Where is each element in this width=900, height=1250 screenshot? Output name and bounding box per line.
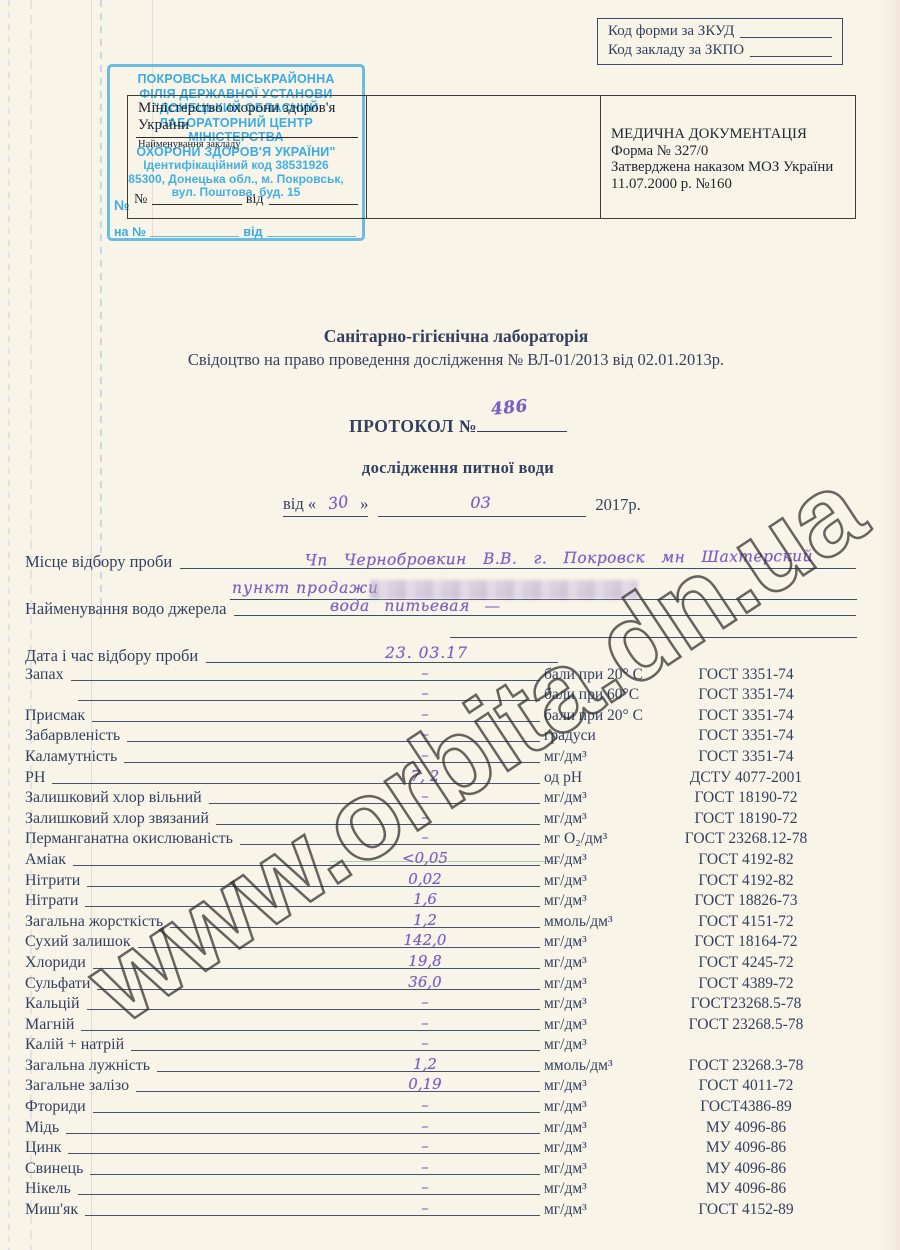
- meddoc-form: Форма № 327/0: [611, 143, 851, 160]
- parameter-row: Перманганатна окислюваність – мг О₂/дм³ …: [25, 828, 856, 849]
- parameter-value-handwritten: –: [325, 828, 525, 846]
- parameter-row: Нітрати 1,6 мг/дм³ ГОСТ 18826-73: [25, 890, 856, 911]
- parameters-table: Запах – бали при 20° С ГОСТ 3351-74 – ба…: [25, 663, 856, 1219]
- parameter-row: Каламутність – мг/дм³ ГОСТ 3351-74: [25, 745, 856, 766]
- parameter-label: Забарвленість: [25, 726, 120, 745]
- protocol-title: ПРОТОКОЛ №486: [0, 414, 900, 437]
- parameter-row: Кальцій – мг/дм³ ГОСТ23268.5-78: [25, 993, 856, 1014]
- date-month-handwritten: 03: [470, 493, 490, 512]
- codes-box: Код форми за ЗКУД Код закладу за ЗКПО: [597, 18, 843, 65]
- water-source-handwritten: вода питьевая —: [330, 597, 501, 615]
- header-box: Міністерство охорони здоров'я України На…: [127, 95, 856, 219]
- parameter-label: PH: [25, 768, 45, 787]
- parameter-value-handwritten: –: [325, 725, 525, 743]
- parameter-label: Сухий залишок: [25, 932, 131, 951]
- stamp-na-no-row: на № від: [114, 225, 360, 239]
- meddoc-title: МЕДИЧНА ДОКУМЕНТАЦІЯ: [611, 126, 851, 143]
- parameter-unit: мг/дм³: [542, 809, 660, 828]
- blank-line: [269, 204, 359, 205]
- blank-line: [150, 236, 240, 237]
- certificate-line: Свідоцтво на право проведення дослідженн…: [0, 350, 900, 370]
- parameter-standard: ГОСТ 4011-72: [660, 1076, 856, 1095]
- parameter-label: Нітрати: [25, 891, 78, 910]
- parameter-label: Залишковий хлор звязаний: [25, 809, 209, 828]
- date-year: 2017р.: [595, 495, 640, 517]
- protocol-label: ПРОТОКОЛ №: [349, 416, 477, 436]
- parameter-standard: МУ 4096-86: [660, 1118, 856, 1137]
- parameter-unit: мг/дм³: [542, 1118, 660, 1137]
- medical-documentation-block: МЕДИЧНА ДОКУМЕНТАЦІЯ Форма № 327/0 Затве…: [611, 126, 851, 192]
- parameter-value-handwritten: 0,19: [325, 1075, 525, 1093]
- parameter-value-handwritten: –: [325, 705, 525, 723]
- parameter-label: Перманганатна окислюваність: [25, 829, 233, 848]
- parameter-standard: ГОСТ 23268.3-78: [660, 1056, 856, 1075]
- parameter-label: Запах: [25, 665, 64, 684]
- protocol-number-handwritten: 486: [490, 396, 529, 420]
- parameter-unit: мг/дм³: [542, 1179, 660, 1198]
- parameter-unit: мг/дм³: [542, 1076, 660, 1095]
- parameter-label: Мідь: [25, 1118, 59, 1137]
- parameter-unit: мг/дм³: [542, 932, 660, 951]
- blank-line: [234, 615, 856, 616]
- parameter-value-handwritten: –: [325, 787, 525, 805]
- parameter-row: Аміак <0,05 мг/дм³ ГОСТ 4192-82: [25, 848, 856, 869]
- stamp-na-no-label: на №: [114, 225, 146, 239]
- parameter-value-handwritten: 142,0: [325, 931, 525, 949]
- parameter-unit: мг/дм³: [542, 871, 660, 890]
- scan-artifact-line: [8, 0, 10, 1250]
- parameter-value-handwritten: 1,2: [325, 911, 525, 929]
- code-zkpo-label: Код закладу за ЗКПО: [608, 41, 744, 60]
- parameter-unit: ммоль/дм³: [542, 1056, 660, 1075]
- parameter-standard: ГОСТ 3351-74: [660, 706, 856, 725]
- protocol-date-line: від « 30 » 03 2017р.: [283, 494, 641, 517]
- parameter-unit: мг/дм³: [542, 1138, 660, 1157]
- sampling-date-handwritten: 23. 03.17: [385, 644, 468, 662]
- parameter-unit: бали при 60°С: [542, 685, 660, 704]
- parameter-label: Магній: [25, 1015, 74, 1034]
- parameter-label: Свинець: [25, 1159, 83, 1178]
- parameter-row: Калій + натрій – мг/дм³: [25, 1034, 856, 1055]
- parameter-standard: ГОСТ 23268.5-78: [660, 1015, 856, 1034]
- parameter-unit: бали при 20° С: [542, 665, 660, 684]
- parameter-standard: ГОСТ 18164-72: [660, 932, 856, 951]
- parameter-value-handwritten: –: [325, 1199, 525, 1217]
- parameter-standard: ГОСТ 18190-72: [660, 809, 856, 828]
- parameter-unit: мг/дм³: [542, 953, 660, 972]
- parameter-value-handwritten: –: [325, 993, 525, 1011]
- parameter-standard: ГОСТ23268.5-78: [660, 994, 856, 1013]
- date-prefix: від «: [283, 494, 316, 517]
- institution-caption: Найменування закладу: [138, 139, 241, 150]
- parameter-standard: ГОСТ 18190-72: [660, 788, 856, 807]
- blank-line: [152, 204, 242, 205]
- parameter-standard: ГОСТ 4389-72: [660, 974, 856, 993]
- parameter-value-handwritten: –: [325, 684, 525, 702]
- parameter-value-handwritten: 7, 2: [325, 767, 525, 785]
- parameter-unit: мг/дм³: [542, 747, 660, 766]
- parameter-value-handwritten: –: [325, 664, 525, 682]
- box-divider: [600, 96, 601, 218]
- parameter-row: Сухий залишок 142,0 мг/дм³ ГОСТ 18164-72: [25, 931, 856, 952]
- parameter-standard: ГОСТ 3351-74: [660, 747, 856, 766]
- code-zkud-row: Код форми за ЗКУД: [608, 22, 836, 41]
- sampling-place-line2: пункт продажи: [230, 578, 857, 600]
- parameter-row: Хлориди 19,8 мг/дм³ ГОСТ 4245-72: [25, 951, 856, 972]
- sampling-place-label: Місце відбору проби: [25, 552, 172, 572]
- parameter-row: Магній – мг/дм³ ГОСТ 23268.5-78: [25, 1013, 856, 1034]
- meddoc-approved: Затверджена наказом МОЗ України: [611, 159, 851, 176]
- parameter-standard: МУ 4096-86: [660, 1138, 856, 1157]
- vid-label: від: [246, 192, 264, 208]
- parameter-value-handwritten: –: [325, 1178, 525, 1196]
- blank-line: [740, 37, 832, 38]
- parameter-unit: мг/дм³: [542, 850, 660, 869]
- parameter-standard: ГОСТ 18826-73: [660, 891, 856, 910]
- parameter-unit: мг/дм³: [542, 1097, 660, 1116]
- parameter-row: Миш'як – мг/дм³ ГОСТ 4152-89: [25, 1198, 856, 1219]
- parameter-value-handwritten: –: [325, 808, 525, 826]
- parameter-row: Мідь – мг/дм³ МУ 4096-86: [25, 1116, 856, 1137]
- date-day-slot: 30: [316, 497, 360, 517]
- parameter-unit: мг/дм³: [542, 788, 660, 807]
- parameter-label: Загальне залізо: [25, 1076, 129, 1095]
- parameter-row: Нікель – мг/дм³ МУ 4096-86: [25, 1178, 856, 1199]
- parameter-unit: мг/дм³: [542, 974, 660, 993]
- parameter-standard: ГОСТ 3351-74: [660, 685, 856, 704]
- water-source-label: Найменування водо джерела: [25, 599, 226, 619]
- parameter-row: Фториди – мг/дм³ ГОСТ4386-89: [25, 1095, 856, 1116]
- parameter-row: Цинк – мг/дм³ МУ 4096-86: [25, 1137, 856, 1158]
- lab-title: Санітарно-гігієнічна лабораторія: [0, 326, 900, 347]
- code-zkpo-row: Код закладу за ЗКПО: [608, 41, 836, 60]
- parameter-row: Забарвленість – градуси ГОСТ 3351-74: [25, 725, 856, 746]
- parameter-standard: ГОСТ 4192-82: [660, 871, 856, 890]
- parameter-row: Залишковий хлор звязаний – мг/дм³ ГОСТ 1…: [25, 807, 856, 828]
- parameter-value-handwritten: –: [325, 1158, 525, 1176]
- parameter-row: Запах – бали при 20° С ГОСТ 3351-74: [25, 663, 856, 684]
- blank-line: [180, 568, 856, 569]
- parameter-row: Загальна жорсткість 1,2 ммоль/дм³ ГОСТ 4…: [25, 910, 856, 931]
- ministry-line1: Міністерство охорони здоров'я: [138, 100, 360, 117]
- parameter-standard: ГОСТ 4152-89: [660, 1200, 856, 1219]
- parameter-value-handwritten: 1,6: [325, 890, 525, 908]
- parameter-standard: МУ 4096-86: [660, 1179, 856, 1198]
- parameter-label: Кальцій: [25, 994, 80, 1013]
- date-month-slot: 03: [378, 497, 586, 517]
- parameter-standard: МУ 4096-86: [660, 1159, 856, 1178]
- parameter-label: Аміак: [25, 850, 66, 869]
- code-zkud-label: Код форми за ЗКУД: [608, 22, 734, 41]
- parameter-value-handwritten: <0,05: [325, 849, 525, 867]
- parameter-value-handwritten: –: [325, 1137, 525, 1155]
- parameter-standard: ГОСТ 4245-72: [660, 953, 856, 972]
- parameter-row: Нітрити 0,02 мг/дм³ ГОСТ 4192-82: [25, 869, 856, 890]
- parameter-unit: мг/дм³: [542, 1159, 660, 1178]
- parameter-standard: ГОСТ4386-89: [660, 1097, 856, 1116]
- parameter-unit: мг/дм³: [542, 1035, 660, 1054]
- sampling-place-handwritten-2: пункт продажи: [232, 579, 379, 597]
- blank-line: [450, 637, 857, 638]
- parameter-label: Хлориди: [25, 953, 86, 972]
- parameter-standard: ГОСТ 3351-74: [660, 665, 856, 684]
- parameter-label: Нітрити: [25, 871, 80, 890]
- parameter-label: Загальна лужність: [25, 1056, 150, 1075]
- parameter-value-handwritten: 19,8: [325, 952, 525, 970]
- parameter-unit: мг/дм³: [542, 891, 660, 910]
- parameter-label: Цинк: [25, 1138, 61, 1157]
- stamp-vid-label: від: [243, 225, 262, 239]
- box-divider: [366, 96, 367, 218]
- date-close-quote: »: [360, 494, 368, 517]
- protocol-subtitle: дослідження питної води: [0, 458, 900, 478]
- parameter-label: Залишковий хлор вільний: [25, 788, 202, 807]
- parameter-label: Миш'як: [25, 1200, 78, 1219]
- parameter-unit: од pH: [542, 768, 660, 787]
- header-number-row: № від: [134, 192, 362, 208]
- parameter-value-handwritten: 36,0: [325, 973, 525, 991]
- parameter-value-handwritten: 0,02: [325, 870, 525, 888]
- parameter-label: Присмак: [25, 706, 85, 725]
- parameter-unit: мг/дм³: [542, 1015, 660, 1034]
- parameter-standard: ГОСТ 23268.12-78: [660, 829, 856, 848]
- parameter-standard: ГОСТ 4192-82: [660, 850, 856, 869]
- parameter-row: Загальне залізо 0,19 мг/дм³ ГОСТ 4011-72: [25, 1075, 856, 1096]
- parameter-standard: ДСТУ 4077-2001: [660, 768, 856, 787]
- parameter-label: Загальна жорсткість: [25, 912, 163, 931]
- parameter-value-handwritten: 1,2: [325, 1055, 525, 1073]
- stamp-line: ПОКРОВСЬКА МІСЬКРАЙОННА: [110, 67, 362, 87]
- ministry-name: Міністерство охорони здоров'я України: [138, 100, 360, 133]
- meddoc-order: 11.07.2000 р. №160: [611, 176, 851, 193]
- parameter-row: Загальна лужність 1,2 ммоль/дм³ ГОСТ 232…: [25, 1054, 856, 1075]
- parameter-row: Залишковий хлор вільний – мг/дм³ ГОСТ 18…: [25, 787, 856, 808]
- protocol-number-slot: 486: [477, 414, 567, 432]
- parameter-row: Сульфати 36,0 мг/дм³ ГОСТ 4389-72: [25, 972, 856, 993]
- ministry-line2: України: [138, 117, 360, 134]
- parameter-standard: ГОСТ 4151-72: [660, 912, 856, 931]
- blank-line: [267, 236, 357, 237]
- date-day-handwritten: 30: [327, 492, 350, 514]
- blank-line: [750, 56, 832, 57]
- scan-artifact-edge: [880, 0, 900, 1250]
- parameter-value-handwritten: –: [325, 1117, 525, 1135]
- parameter-unit: мг/дм³: [542, 994, 660, 1013]
- parameter-unit: бали при 20° С: [542, 706, 660, 725]
- parameter-row: Присмак – бали при 20° С ГОСТ 3351-74: [25, 704, 856, 725]
- parameter-label: Каламутність: [25, 747, 117, 766]
- parameter-row: – бали при 60°С ГОСТ 3351-74: [25, 684, 856, 705]
- parameter-label: Сульфати: [25, 974, 90, 993]
- document-page: www.orbita.dn.ua Код форми за ЗКУД Код з…: [0, 0, 900, 1250]
- number-label: №: [134, 192, 147, 208]
- caption-line: [136, 137, 358, 138]
- parameter-unit: ммоль/дм³: [542, 912, 660, 931]
- parameter-label: Фториди: [25, 1097, 86, 1116]
- parameter-value-handwritten: –: [325, 1096, 525, 1114]
- parameter-value-handwritten: –: [325, 746, 525, 764]
- parameter-unit: мг О₂/дм³: [542, 829, 660, 848]
- parameter-standard: ГОСТ 3351-74: [660, 726, 856, 745]
- parameter-label: Калій + натрій: [25, 1035, 124, 1054]
- parameter-value-handwritten: –: [325, 1014, 525, 1032]
- parameter-unit: градуси: [542, 726, 660, 745]
- parameter-row: PH 7, 2 од pH ДСТУ 4077-2001: [25, 766, 856, 787]
- parameter-value-handwritten: –: [325, 1034, 525, 1052]
- scan-artifact-line: [100, 0, 102, 620]
- parameter-label: Нікель: [25, 1179, 71, 1198]
- parameter-row: Свинець – мг/дм³ МУ 4096-86: [25, 1157, 856, 1178]
- parameter-unit: мг/дм³: [542, 1200, 660, 1219]
